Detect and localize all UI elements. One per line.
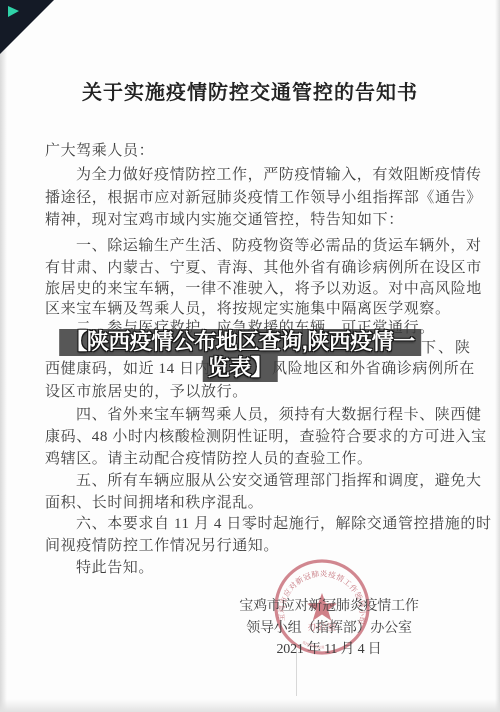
document-title: 关于实施疫情防控交通管控的告知书 [0, 76, 500, 105]
subtitle-overlay-line2: 览表】 [203, 356, 278, 382]
signature-date: 2021 年 11 月 4 日 [194, 639, 464, 661]
doc-line: 六、本要求自 11 月 4 日零时起施行，解除交通管控措施的时 [45, 512, 500, 533]
photo-edge-left [0, 0, 7, 712]
doc-line-salutation: 广大驾乘人员： [45, 139, 485, 160]
signature-block: 宝鸡市应对新冠肺炎疫情工作 领导小组（指挥部）办公室 2021 年 11 月 4… [194, 596, 464, 661]
doc-line: 精神，现对宝鸡市域内实施交通管控，特告知如下： [45, 208, 485, 229]
doc-line: 鸡辖区。请主动配合疫情防控人员的查验工作。 [45, 447, 485, 468]
doc-line: 播途径，根据市应对新冠肺炎疫情工作领导小组指挥部《通告》 [45, 186, 485, 207]
doc-line: 旅居史的来宝车辆，一律不准驶入，将予以劝返。对中高风险地 [45, 277, 485, 298]
document-photo: 关于实施疫情防控交通管控的告知书 广大驾乘人员： 为全力做好疫情防控工作，严防疫… [0, 0, 500, 712]
doc-line: 五、所有车辆应服从公安交通管理部门指挥和调度，避免大 [45, 469, 500, 490]
corner-watermark-triangle [0, 0, 54, 54]
doc-line: 有甘肃、内蒙古、宁夏、青海、其他外省有确诊病例所在设区市 [45, 256, 485, 277]
doc-line: 设区市旅居史的，予以放行。 [45, 380, 485, 401]
doc-line: 四、省外来宝车辆驾乘人员，须持有大数据行程卡、陕西健 [45, 403, 500, 424]
doc-line-obscured-fragment: 下、陕 [421, 336, 496, 357]
doc-line: 一、除运输生产生活、防疫物资等必需品的货运车辆外，对 [45, 234, 500, 255]
doc-line: 康码、48 小时内核酸检测阴性证明，查验符合要求的方可进入宝 [45, 425, 485, 446]
doc-line-split-right: 风险地区和外省确诊病例所在 [272, 357, 472, 378]
doc-line: 区来宝车辆及驾乘人员，将按规定实施集中隔离医学观察。 [45, 297, 485, 318]
signature-org-line2: 领导小组（指挥部）办公室 [194, 618, 464, 640]
doc-line: 面积、长时间拥堵和秩序混乱。 [45, 491, 485, 512]
signature-org-line1: 宝鸡市应对新冠肺炎疫情工作 [194, 596, 464, 618]
photo-edge-bottom [0, 699, 500, 712]
doc-line: 间视疫情防控工作情况另行通知。 [45, 534, 485, 555]
subtitle-overlay-line1: 【陕西疫情公布地区查询,陕西疫情一 [59, 329, 421, 356]
doc-line: 为全力做好疫情防控工作，严防疫情输入，有效阻断疫情传 [45, 163, 500, 184]
